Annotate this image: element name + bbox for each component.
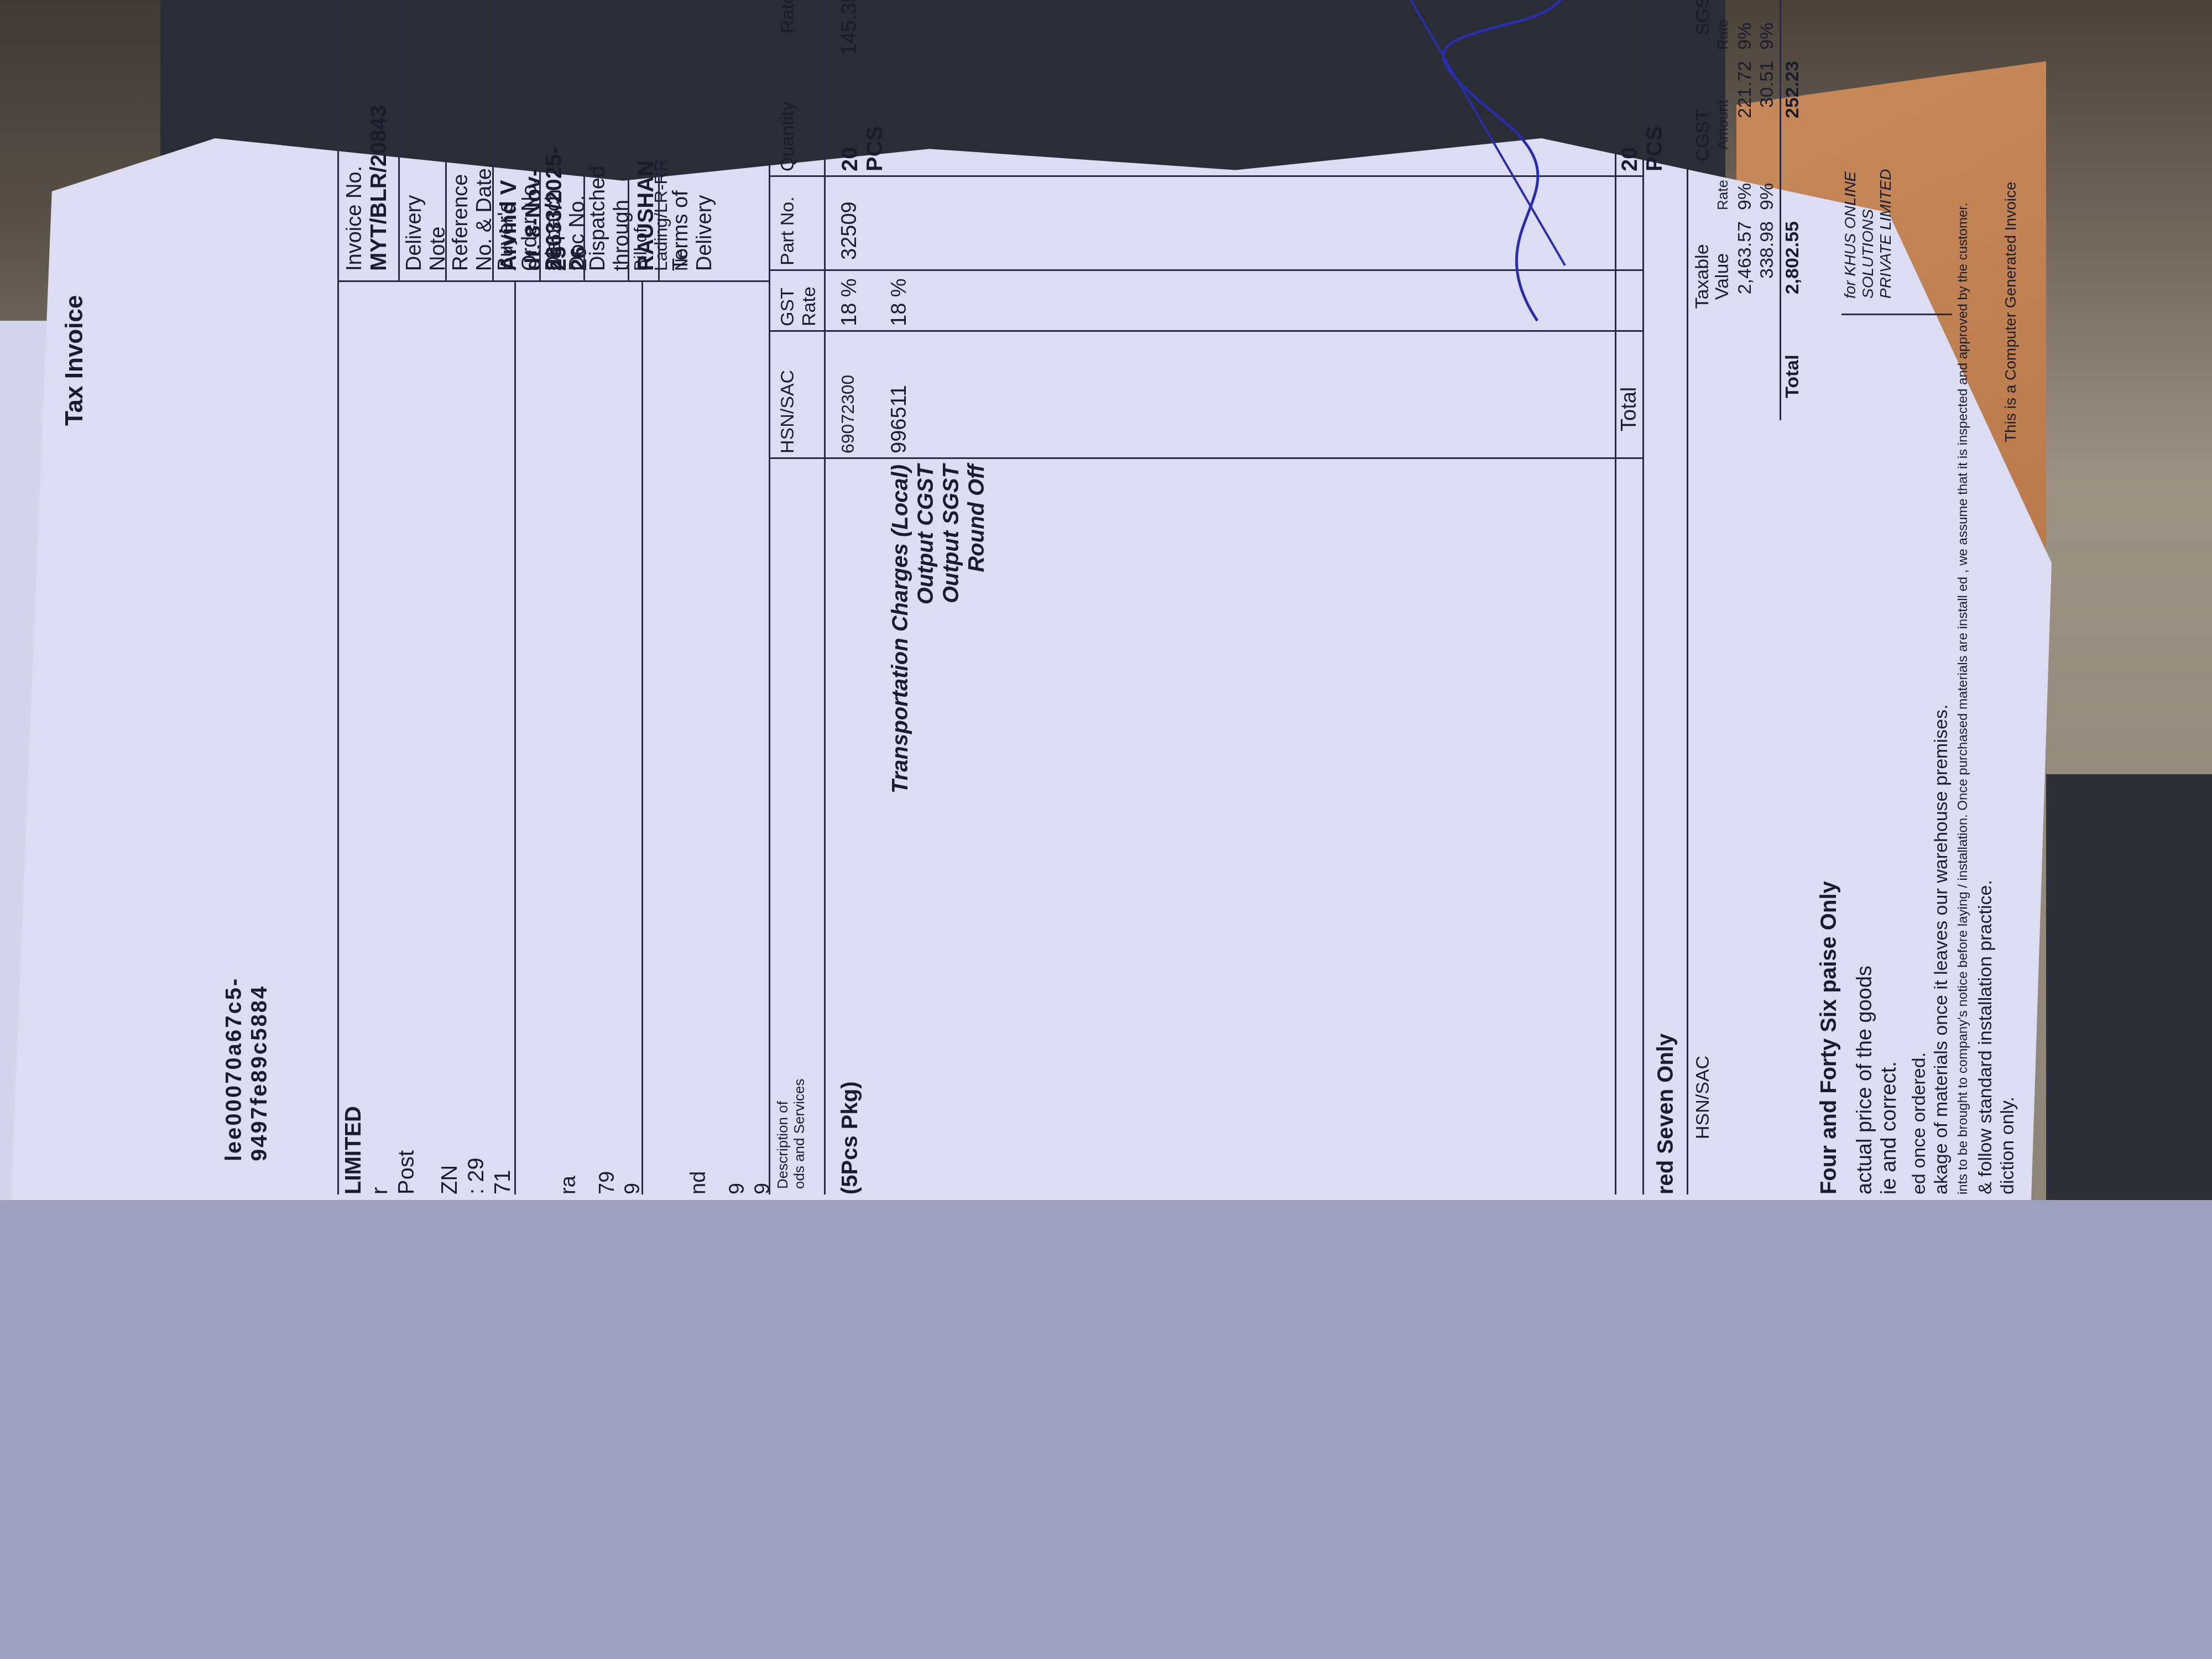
tax-cgst-rates: 9% 9%	[1734, 183, 1778, 210]
tax-taxable-values: 2,463.57 338.98	[1734, 221, 1778, 332]
th-gst-rate: GST Rate	[777, 276, 820, 326]
tax-th-sgst: SGST/UTGST	[1692, 0, 1714, 55]
divider	[583, 0, 585, 282]
background-dark-object	[2046, 774, 2212, 1200]
charges-block: Transportation Charges (Local) Output CG…	[888, 465, 989, 1029]
tax-table-border	[1780, 0, 1781, 420]
charge-hsn: 996511	[888, 385, 911, 453]
total-label: Total	[1618, 387, 1641, 431]
charge-gst-rate: 18 %	[888, 278, 911, 326]
irn-number: lee00070a67c5- 9497fe89c5884	[221, 977, 272, 1161]
item-gst-rate: 18 %	[838, 278, 862, 326]
divider	[337, 0, 339, 282]
seller-block: LIMITED r Post ZN : 29 71	[340, 995, 516, 1194]
divider	[337, 282, 339, 1194]
charge-cgst: Output CGST	[913, 465, 938, 1029]
amount-in-words: red Seven Only	[1653, 1034, 1678, 1194]
item-quantity: 20 PCS	[838, 126, 888, 171]
tax-total-cgst: 252.23	[1782, 61, 1803, 166]
invoice-no-field: Invoice No. MYT/BLR/20843	[343, 105, 392, 271]
tax-th-sgst-rate: Rate	[1714, 19, 1731, 50]
item-hsn: 69072300	[838, 375, 858, 453]
lower-blank-region	[0, 1200, 2212, 1659]
charge-sgst: Output SGST	[938, 465, 964, 1029]
tax-th-cgst-rate: Rate	[1714, 180, 1731, 210]
delivery-note-label: Delivery Note	[403, 155, 450, 271]
tax-invoice: Tax Invoice (DUPLICATE FOR TRANSPORTER) …	[33, 155, 2024, 1194]
dispatch-doc-label: Dispatch Doc No.	[542, 155, 589, 271]
buyer-block: nd 9 9	[686, 1171, 775, 1194]
table-border	[769, 0, 770, 1194]
item-part-no: 32509	[838, 201, 862, 260]
tax-sgst-amounts: 221.72 30.51	[1734, 0, 1778, 6]
divider	[337, 280, 769, 282]
divider	[539, 0, 541, 282]
tax-th-cgst: CGST	[1692, 55, 1714, 216]
tax-total-sgst: 252.23	[1782, 0, 1803, 6]
th-rate: Rate	[777, 0, 799, 33]
consignee-block: ra 79 9	[556, 1171, 645, 1194]
divider	[398, 0, 400, 282]
divider	[641, 282, 643, 1194]
invoice-title: Tax Invoice	[61, 295, 88, 426]
tax-th-taxable: Taxable Value	[1692, 221, 1732, 332]
item-description: (5Pcs Pkg)	[838, 1081, 863, 1194]
tax-th-cgst-amount: Amount	[1714, 100, 1731, 149]
signature-scribble	[1305, 0, 1637, 332]
divider	[492, 0, 494, 282]
th-part-no: Part No.	[777, 196, 799, 265]
tax-table-border	[1687, 0, 1688, 1194]
table-border	[824, 0, 826, 1194]
tax-total-taxable: 2,802.55	[1782, 221, 1803, 332]
item-rate: 145.35	[838, 0, 862, 55]
divider	[445, 0, 447, 282]
col-divider	[769, 457, 1642, 459]
terms-of-delivery-label: Terms of Delivery	[669, 155, 717, 271]
th-description: Description of ods and Services	[774, 1079, 807, 1189]
tax-cgst-amounts: 221.72 30.51	[1734, 61, 1778, 166]
table-border	[1642, 0, 1644, 1194]
th-hsn: HSN/SAC	[777, 370, 799, 453]
tax-amount-in-words: Four and Forty Six paise Only	[1817, 881, 1841, 1194]
footer-note: This is a Computer Generated Invoice	[2002, 181, 2020, 442]
signatory-company: for KHUS ONLINE SOLUTIONS PRIVATE LIMITE…	[1841, 155, 1895, 299]
charge-round-off: Round Off	[964, 465, 989, 1029]
tax-total-label: Total	[1782, 354, 1803, 398]
tax-sgst-rates: 9% 9%	[1734, 23, 1778, 50]
tax-hsn-label: HSN/SAC	[1692, 1056, 1714, 1139]
divider	[514, 282, 516, 1194]
divider	[658, 0, 660, 282]
th-quantity: Quantity	[777, 101, 799, 171]
divider	[628, 0, 629, 282]
declaration: actual price of the goods ie and correct…	[1853, 966, 1901, 1194]
charge-transport: Transportation Charges (Local)	[888, 465, 913, 1029]
